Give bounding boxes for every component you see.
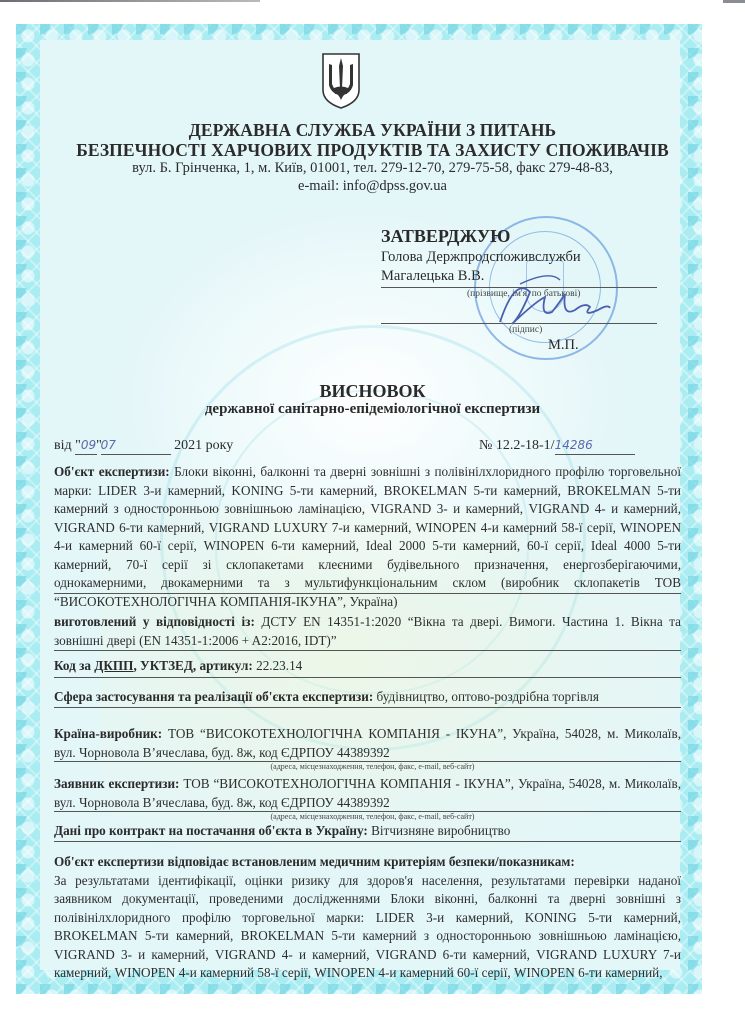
handwritten-signature-icon xyxy=(490,272,640,332)
section-manufacturer: Країна-виробник: ТОВ “ВИСОКОТЕХНОЛОГІЧНА… xyxy=(54,725,681,762)
organization-address: вул. Б. Грінченка, 1, м. Київ, 01001, те… xyxy=(0,160,745,177)
document-number: № 12.2-18-1/14286 xyxy=(479,438,635,455)
trident-coat-of-arms-icon xyxy=(320,52,362,110)
document-subtitle: державної санітарно-епідеміологічної екс… xyxy=(0,401,745,418)
organization-name-line1: ДЕРЖАВНА СЛУЖБА УКРАЇНИ З ПИТАНЬ xyxy=(0,120,745,141)
section-divider xyxy=(54,677,681,678)
section-code: Код за ДКПП, УКТЗЕД, артикул: 22.23.14 xyxy=(54,657,681,676)
approval-title: ЗАТВЕРДЖУЮ xyxy=(381,226,510,247)
applicant-label: Заявник експертизи: xyxy=(54,776,179,791)
object-text: Блоки віконні, балконні та дверні зовніш… xyxy=(54,464,681,609)
compliance-text: За результатами ідентифікації, оцінки ри… xyxy=(54,873,681,981)
compliance-label: Об'єкт експертизи відповідає встановлени… xyxy=(54,854,575,869)
organization-name-line2: БЕЗПЕЧНОСТІ ХАРЧОВИХ ПРОДУКТІВ ТА ЗАХИСТ… xyxy=(0,140,745,161)
section-divider xyxy=(54,650,681,651)
date-year: 2021 року xyxy=(174,438,233,453)
section-object: Об'єкт експертизи: Блоки віконні, балкон… xyxy=(54,463,681,611)
date-prefix: від xyxy=(54,438,72,453)
code-label-prefix: Код за xyxy=(54,658,94,673)
date-line: від "09" 07 2021 року xyxy=(54,438,233,455)
number-prefix: № 12.2-18-1/ xyxy=(479,438,555,453)
code-value: 22.23.14 xyxy=(256,658,302,673)
organization-email: e-mail: info@dpss.gov.ua xyxy=(0,178,745,195)
standard-label: виготовлений у відповідності із: xyxy=(54,614,255,629)
section-divider xyxy=(54,841,681,842)
section-divider xyxy=(54,707,681,708)
scope-label: Сфера застосування та реалізації об'єкта… xyxy=(54,689,373,704)
approver-position: Голова Держпродспоживслужби xyxy=(381,249,581,266)
applicant-caption: (адреса, місцезнаходження, телефон, факс… xyxy=(0,812,745,821)
seal-place-label: М.П. xyxy=(548,337,579,354)
manufacturer-label: Країна-виробник: xyxy=(54,726,162,741)
approver-name: Магалецька В.В. xyxy=(381,268,484,285)
section-applicant: Заявник експертизи: ТОВ “ВИСОКОТЕХНОЛОГІ… xyxy=(54,775,681,812)
section-scope: Сфера застосування та реалізації об'єкта… xyxy=(54,688,681,707)
object-label: Об'єкт експертизи: xyxy=(54,464,170,479)
section-divider xyxy=(54,593,681,594)
contract-text: Вітчизняне виробництво xyxy=(371,823,510,838)
number-value: 14286 xyxy=(555,438,635,455)
section-contract: Дані про контракт на постачання об'єкта … xyxy=(54,822,681,841)
date-day: "09" xyxy=(75,438,97,455)
section-compliance: Об'єкт експертизи відповідає встановлени… xyxy=(54,853,681,983)
scope-text: будівництво, оптово-роздрібна торгівля xyxy=(377,689,599,704)
section-standard: виготовлений у відповідності із: ДСТУ EN… xyxy=(54,613,681,650)
document-title: ВИСНОВОК xyxy=(0,381,745,402)
contract-label: Дані про контракт на постачання об'єкта … xyxy=(54,823,368,838)
date-month: 07 xyxy=(101,438,171,455)
scan-edge-right xyxy=(723,0,745,3)
code-label-suffix: , УКТЗЕД, артикул: xyxy=(133,658,252,673)
manufacturer-caption: (адреса, місцезнаходження, телефон, факс… xyxy=(0,762,745,771)
code-label-dkpp: ДКПП xyxy=(94,658,133,673)
scan-edge xyxy=(0,0,260,2)
